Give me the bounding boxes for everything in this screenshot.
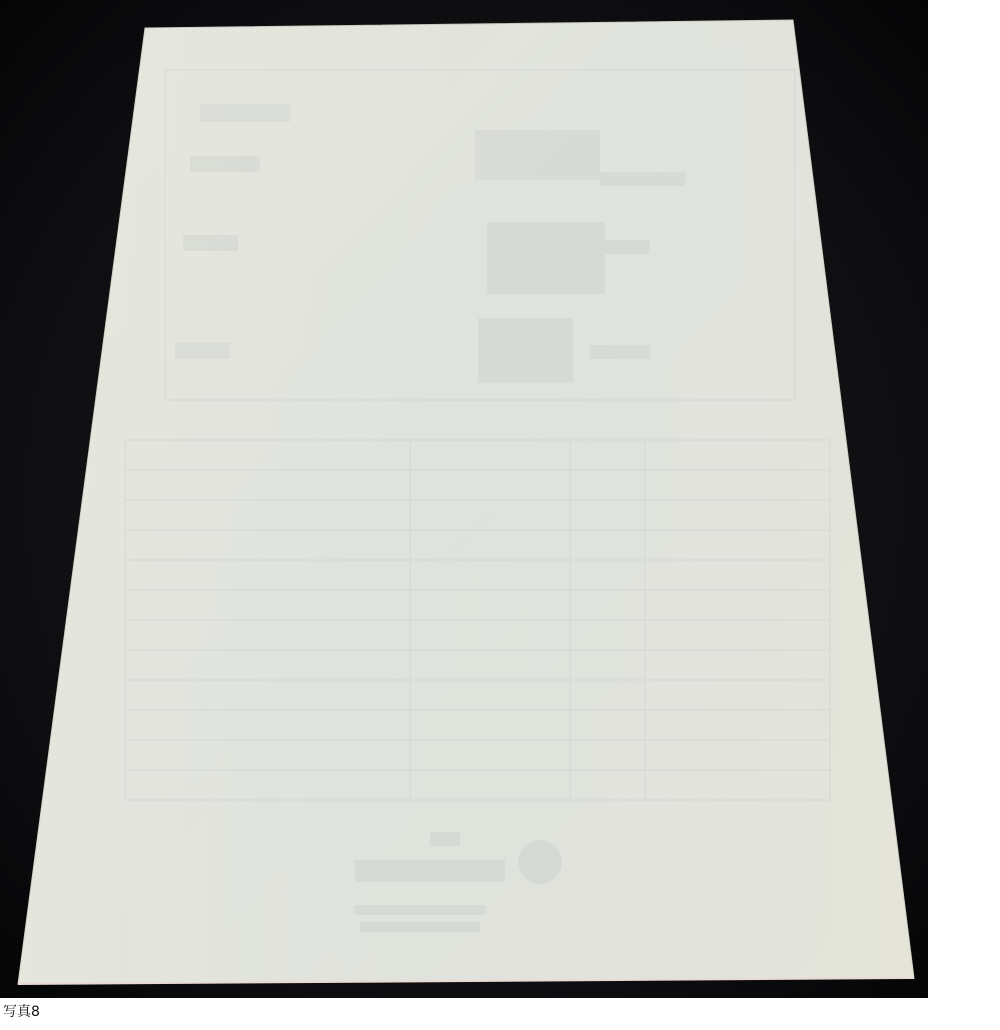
photo [0, 0, 928, 998]
photo-caption: 写真8 [3, 1004, 40, 1020]
paper-sheet [0, 0, 928, 998]
